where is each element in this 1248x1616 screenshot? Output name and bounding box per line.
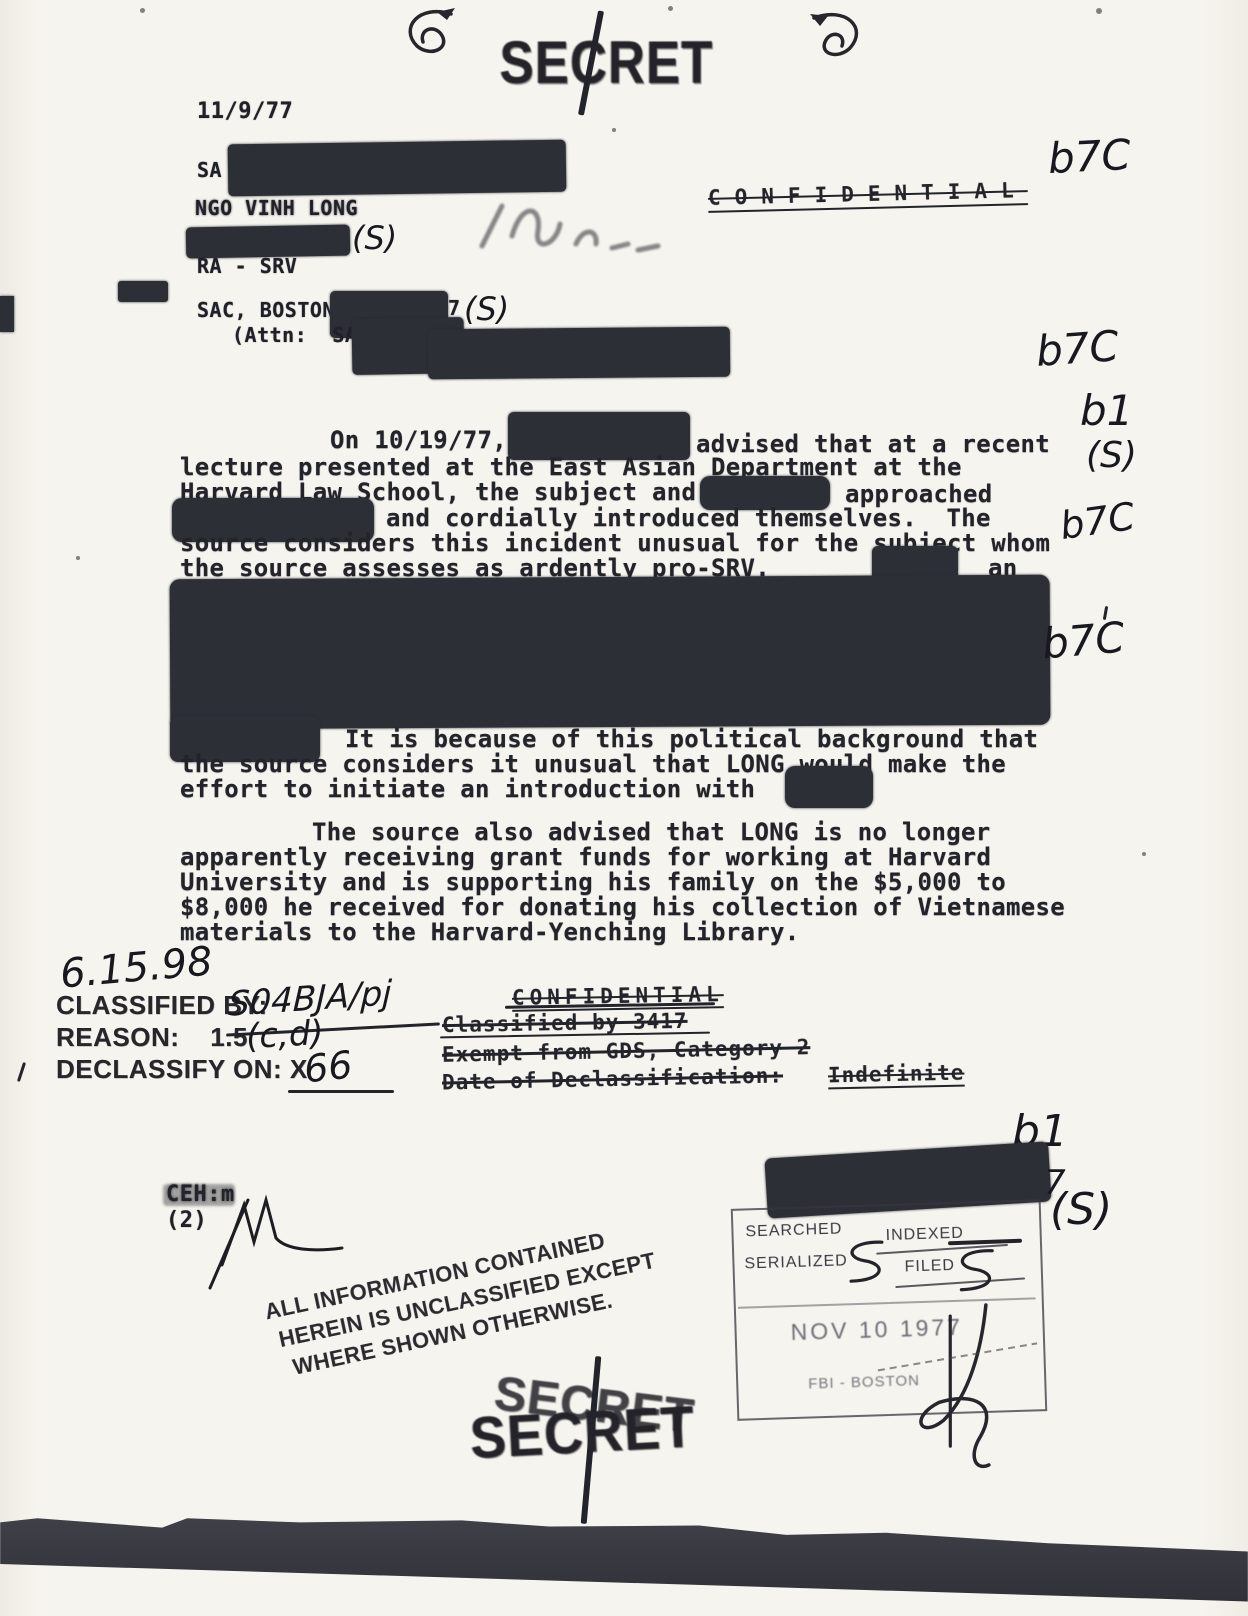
program-line: RA - SRV (197, 256, 297, 276)
exemption-code-b1: b1 (1080, 390, 1133, 432)
blacked-initials (118, 281, 168, 302)
classification-s-marker: (S) (352, 222, 397, 254)
body-text: and cordially introduced themselves. The (386, 506, 991, 530)
scan-speckle (668, 6, 673, 11)
old-exempt-line: Exempt from GDS, Category 2 (442, 1037, 811, 1066)
declassify-label: DECLASSIFY ON: X (56, 1056, 308, 1082)
file-stamp-box: SEARCHED INDEXED SERIALIZED FILED NOV 10… (731, 1199, 1048, 1421)
redaction-inline (785, 766, 873, 808)
body-text: $8,000 he received for donating his coll… (180, 895, 1065, 919)
redaction-bar (428, 327, 730, 380)
secret-stamp-bottom: SECRET SECRET (470, 1378, 710, 1508)
reason-label: REASON: 1.5 (56, 1024, 248, 1050)
declass-date-handwritten: 6.15.98 (59, 941, 215, 994)
scan-edge-band (0, 1512, 1248, 1616)
declassify-underline (288, 1090, 394, 1093)
pen-doodle-icon (798, 6, 874, 72)
body-text: apparently receiving grant funds for wor… (180, 845, 991, 869)
body-text: University and is supporting his family … (180, 870, 1006, 894)
serialized-label: SERIALIZED (744, 1253, 848, 1272)
exemption-code-b7c: b7C (1047, 134, 1132, 180)
scan-edge-mark (0, 296, 14, 332)
scan-speckle (1096, 8, 1102, 14)
searched-label: SEARCHED (745, 1221, 842, 1240)
serial-digit: 7 (448, 298, 461, 318)
confidential-strikethrough: CONFIDENTIAL (708, 180, 1028, 209)
pen-tick (17, 1062, 26, 1082)
scan-speckle (76, 556, 80, 560)
signature-squiggle (202, 1190, 352, 1290)
exemption-code-b7c: b7C (1035, 325, 1120, 373)
body-text: effort to initiate an introduction with (180, 777, 755, 801)
body-text: approached (845, 482, 993, 506)
scanned-memo-page: SECRET 11/9/77 SA b7C CONFIDENTIAL NGO V… (0, 0, 1248, 1616)
old-declass-indefinite: Indefinite (828, 1063, 965, 1087)
secret-stamp-top: SECRET (500, 33, 714, 93)
body-text: The source also advised that LONG is no … (312, 820, 990, 844)
classification-s-marker: (S) (1050, 1188, 1112, 1232)
pen-squiggle-icon (834, 1236, 892, 1288)
body-text: lecture presented at the East Asian Depa… (180, 455, 962, 479)
body-text: On 10/19/77, (330, 428, 507, 452)
routing-initials-squiggle (886, 1293, 1053, 1518)
scan-speckle (612, 128, 616, 132)
scan-speckle (140, 8, 145, 13)
secret-stamp-text: SECRET (469, 1398, 697, 1468)
attn-line: (Attn: SA (232, 325, 357, 345)
subject-name: NGO VINH LONG (195, 198, 358, 218)
declassify-handwritten: 66 (302, 1046, 354, 1089)
classification-s-marker: (S) (1086, 438, 1137, 474)
large-redaction-block (170, 575, 1051, 730)
pen-squiggle-icon (944, 1244, 1002, 1296)
body-text: the source considers it unusual that LON… (180, 752, 1006, 776)
from-sa-label: SA (197, 160, 222, 180)
exemption-code-b7c: b7C (1040, 616, 1126, 665)
old-declass-date: Date of Declassification: (442, 1065, 783, 1093)
classification-s-marker: (S) (464, 293, 509, 325)
indexed-label: INDEXED (885, 1226, 964, 1244)
pen-doodle-icon (393, 4, 465, 70)
exemption-code-b7c: b7C (1058, 497, 1137, 545)
body-text: materials to the Harvard-Yenching Librar… (180, 920, 799, 944)
scan-speckle (1142, 852, 1146, 856)
ink-smudge (472, 186, 682, 266)
body-text: It is because of this political backgrou… (345, 727, 1038, 751)
memo-date: 11/9/77 (197, 101, 293, 123)
to-line: SAC, BOSTON (197, 300, 335, 320)
